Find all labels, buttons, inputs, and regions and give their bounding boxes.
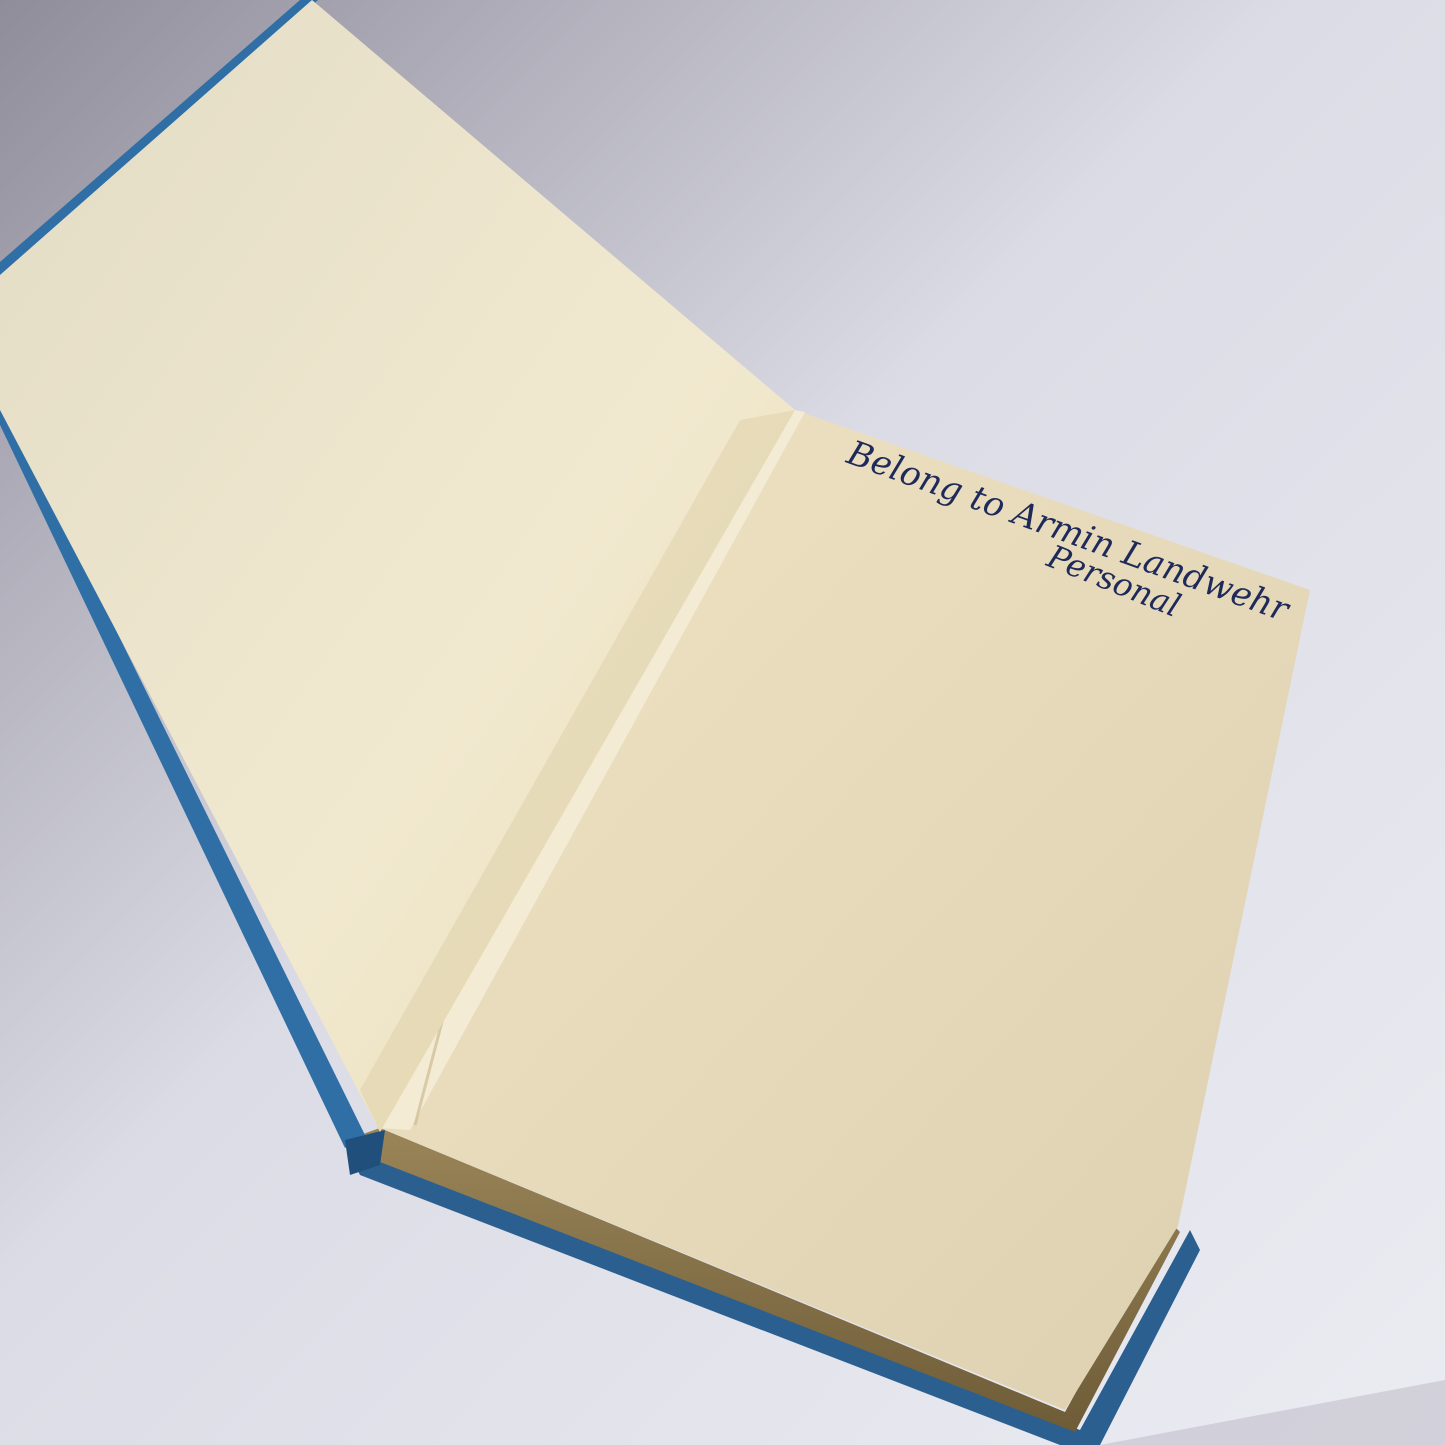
book-photo: Belong to Armin Landwehr Personal [0, 0, 1445, 1445]
photo-scene: Belong to Armin Landwehr Personal [0, 0, 1445, 1445]
